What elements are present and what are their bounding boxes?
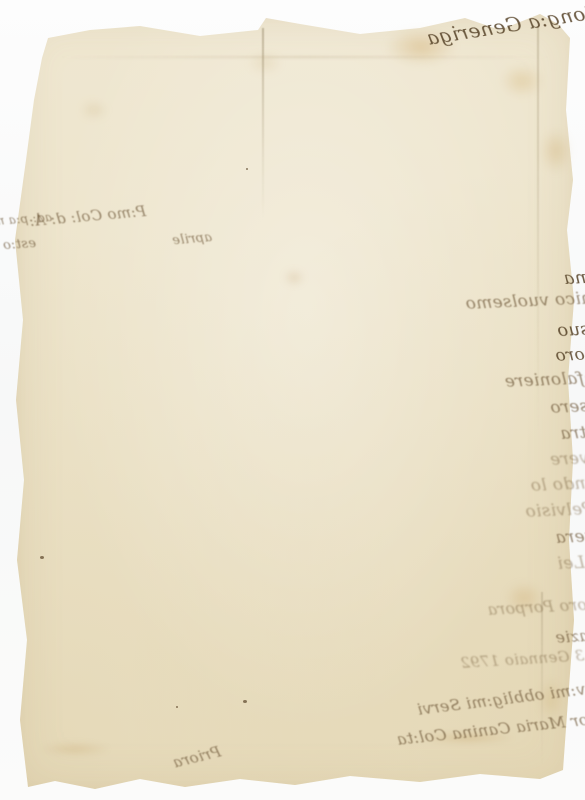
ink-speck bbox=[243, 700, 247, 703]
paper-sheet bbox=[14, 12, 576, 792]
ink-speck bbox=[246, 168, 248, 170]
ink-speck bbox=[176, 706, 178, 708]
scanned-letter-verso: Cong:a Generiga ad: p:a m: p:pa est:o d:… bbox=[0, 0, 585, 800]
ink-speck bbox=[40, 556, 44, 559]
